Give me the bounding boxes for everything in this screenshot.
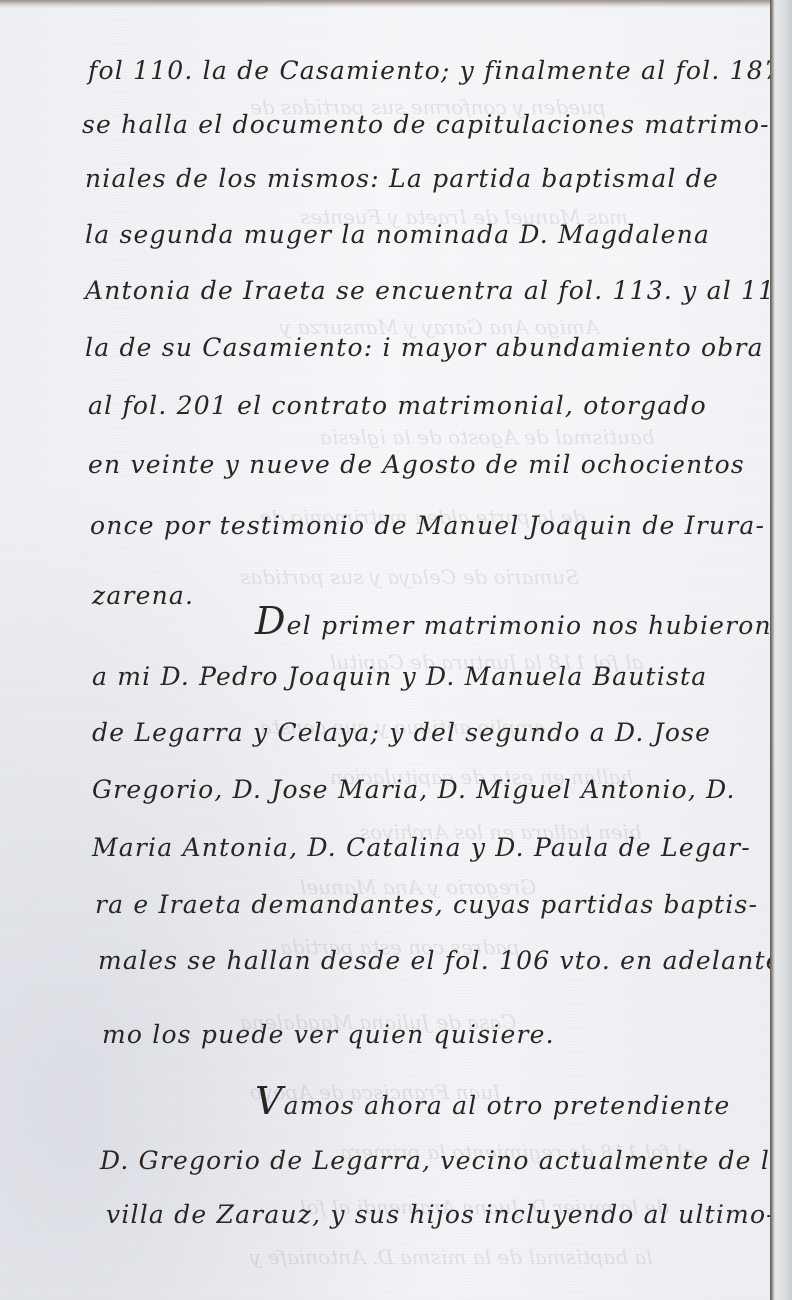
manuscript-line: al fol. 201 el contrato matrimonial, oto… xyxy=(88,393,707,418)
manuscript-line: ra e Iraeta demandantes, cuyas partidas … xyxy=(95,892,758,917)
manuscript-line: de Legarra y Celaya; y del segundo a D. … xyxy=(92,720,711,745)
page-binding-edge xyxy=(770,0,792,1300)
manuscript-line: la de su Casamiento: i mayor abundamient… xyxy=(85,335,764,360)
manuscript-line: males se hallan desde el fol. 106 vto. e… xyxy=(98,948,792,973)
manuscript-line: en veinte y nueve de Agosto de mil ochoc… xyxy=(88,452,745,477)
manuscript-line: once por testimonio de Manuel Joaquin de… xyxy=(90,513,765,538)
manuscript-line: mo los puede ver quien quisiere. xyxy=(102,1022,555,1047)
paragraph-start-line: Del primer matrimonio nos hubieron xyxy=(255,602,772,640)
manuscript-line: a mi D. Pedro Joaquin y D. Manuela Bauti… xyxy=(92,664,707,689)
manuscript-line: D. Gregorio de Legarra, vecino actualmen… xyxy=(100,1148,786,1173)
page-top-edge xyxy=(0,0,792,8)
paragraph-start-line: Vamos ahora al otro pretendiente xyxy=(255,1082,730,1120)
manuscript-line: zarena. xyxy=(92,583,194,608)
manuscript-line: Antonia de Iraeta se encuentra al fol. 1… xyxy=(85,278,792,303)
manuscript-line: fol 110. la de Casamiento; y finalmente … xyxy=(88,58,781,83)
manuscript-line: se halla el documento de capitulaciones … xyxy=(82,112,770,137)
manuscript-line: Gregorio, D. Jose Maria, D. Miguel Anton… xyxy=(92,777,736,802)
manuscript-line: Maria Antonia, D. Catalina y D. Paula de… xyxy=(92,835,751,860)
manuscript-line: la segunda muger la nominada D. Magdalen… xyxy=(85,222,710,247)
manuscript-page: pueden y conforme sus partidas de mas Ma… xyxy=(0,0,770,1300)
manuscript-line: niales de los mismos: La partida baptism… xyxy=(85,166,719,191)
manuscript-line: villa de Zarauz, y sus hijos incluyendo … xyxy=(106,1202,776,1227)
